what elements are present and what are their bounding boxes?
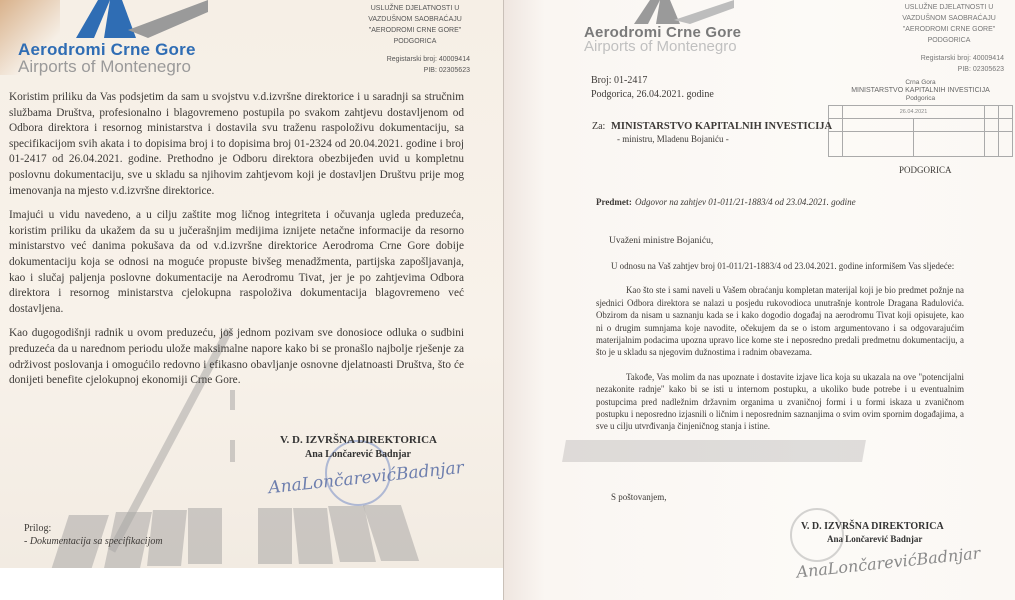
registry-number: Registarski broj: 40009414 — [894, 53, 1004, 64]
right-letter-page: Aerodromi Crne Gore Airports of Monteneg… — [503, 0, 1015, 600]
to-label: Za: — [592, 121, 605, 132]
paragraph: Koristim priliku da Vas podsjetim da sam… — [9, 90, 464, 199]
paragraph: Kao što ste i sami naveli u Vašem obraća… — [596, 284, 964, 358]
org-line: PODGORICA — [360, 36, 470, 47]
signature-title: V. D. IZVRŠNA DIREKTORICA — [801, 521, 944, 532]
org-line: "AERODROMI CRNE GORE" — [360, 25, 470, 36]
company-logo: Aerodromi Crne Gore Airports of Monteneg… — [18, 0, 208, 77]
subject: Odgovor na zahtjev 01-011/21-1883/4 od 2… — [635, 197, 856, 207]
logo-name-secondary: Airports of Montenegro — [584, 38, 741, 55]
signature-name: Ana Lončarević Badnjar — [827, 534, 922, 544]
letter-body: U odnosu na Vaš zahtjev broj 01-011/21-1… — [596, 260, 964, 442]
place-date: Podgorica, 26.04.2021. godine — [591, 89, 714, 100]
paragraph: Kao dugogodišnji radnik u ovom preduzeću… — [9, 326, 464, 388]
recipient-person: - ministru, Mladenu Bojaniću - — [617, 134, 729, 144]
paragraph: Takođe, Vas molim da nas upoznate i dost… — [596, 371, 964, 433]
signature-title: V. D. IZVRŠNA DIREKTORICA — [280, 434, 437, 446]
stamp-line: Crna Gora — [828, 79, 1013, 87]
city: PODGORICA — [899, 165, 952, 175]
subject-label: Predmet: — [596, 197, 632, 207]
company-logo: Aerodromi Crne Gore Airports of Monteneg… — [584, 0, 741, 55]
org-block: USLUŽNE DJELATNOSTI U VAZDUŠNOM SAOBRAĆA… — [360, 3, 470, 76]
attachment-label: Prilog: — [24, 523, 51, 534]
stamp-line: MINISTARSTVO KAPITALNIH INVESTICIJA — [828, 87, 1013, 95]
stamp-line: Podgorica — [828, 95, 1013, 103]
pib-number: PIB: 02305623 — [894, 64, 1004, 75]
closing: S poštovanjem, — [611, 492, 667, 502]
runway-logo-icon — [58, 0, 208, 40]
paragraph: U odnosu na Vaš zahtjev broj 01-011/21-1… — [596, 260, 964, 272]
left-letter-page: Aerodromi Crne Gore Airports of Monteneg… — [0, 0, 503, 568]
org-line: PODGORICA — [894, 35, 1004, 46]
recipient: MINISTARSTVO KAPITALNIH INVESTICIJA — [611, 121, 832, 132]
org-line: VAZDUŠNOM SAOBRAĆAJU — [894, 13, 1004, 24]
logo-name-secondary: Airports of Montenegro — [18, 57, 208, 77]
org-line: USLUŽNE DJELATNOSTI U — [360, 3, 470, 14]
registry-number: Registarski broj: 40009414 — [360, 54, 470, 65]
document-number: Broj: 01-2417 — [591, 75, 647, 86]
runway-logo-icon — [624, 0, 734, 24]
letter-body: Koristim priliku da Vas podsjetim da sam… — [9, 90, 464, 398]
paragraph: Imajući u vidu navedeno, a u cilju zašti… — [9, 208, 464, 317]
org-line: USLUŽNE DJELATNOSTI U — [894, 2, 1004, 13]
received-stamp: Crna Gora MINISTARSTVO KAPITALNIH INVEST… — [828, 79, 1013, 157]
signature-name: Ana Lončarević Badnjar — [305, 449, 411, 460]
org-line: VAZDUŠNOM SAOBRAĆAJU — [360, 14, 470, 25]
pib-number: PIB: 02305623 — [360, 65, 470, 76]
org-block: USLUŽNE DJELATNOSTI U VAZDUŠNOM SAOBRAĆA… — [894, 2, 1004, 75]
stamp-date: 26.04.2021 — [842, 106, 984, 119]
stamp-table: 26.04.2021 — [828, 105, 1013, 157]
org-line: "AERODROMI CRNE GORE" — [894, 24, 1004, 35]
salutation: Uvaženi ministre Bojaniću, — [609, 236, 713, 246]
attachment-item: - Dokumentacija sa specifikacijom — [24, 536, 163, 547]
